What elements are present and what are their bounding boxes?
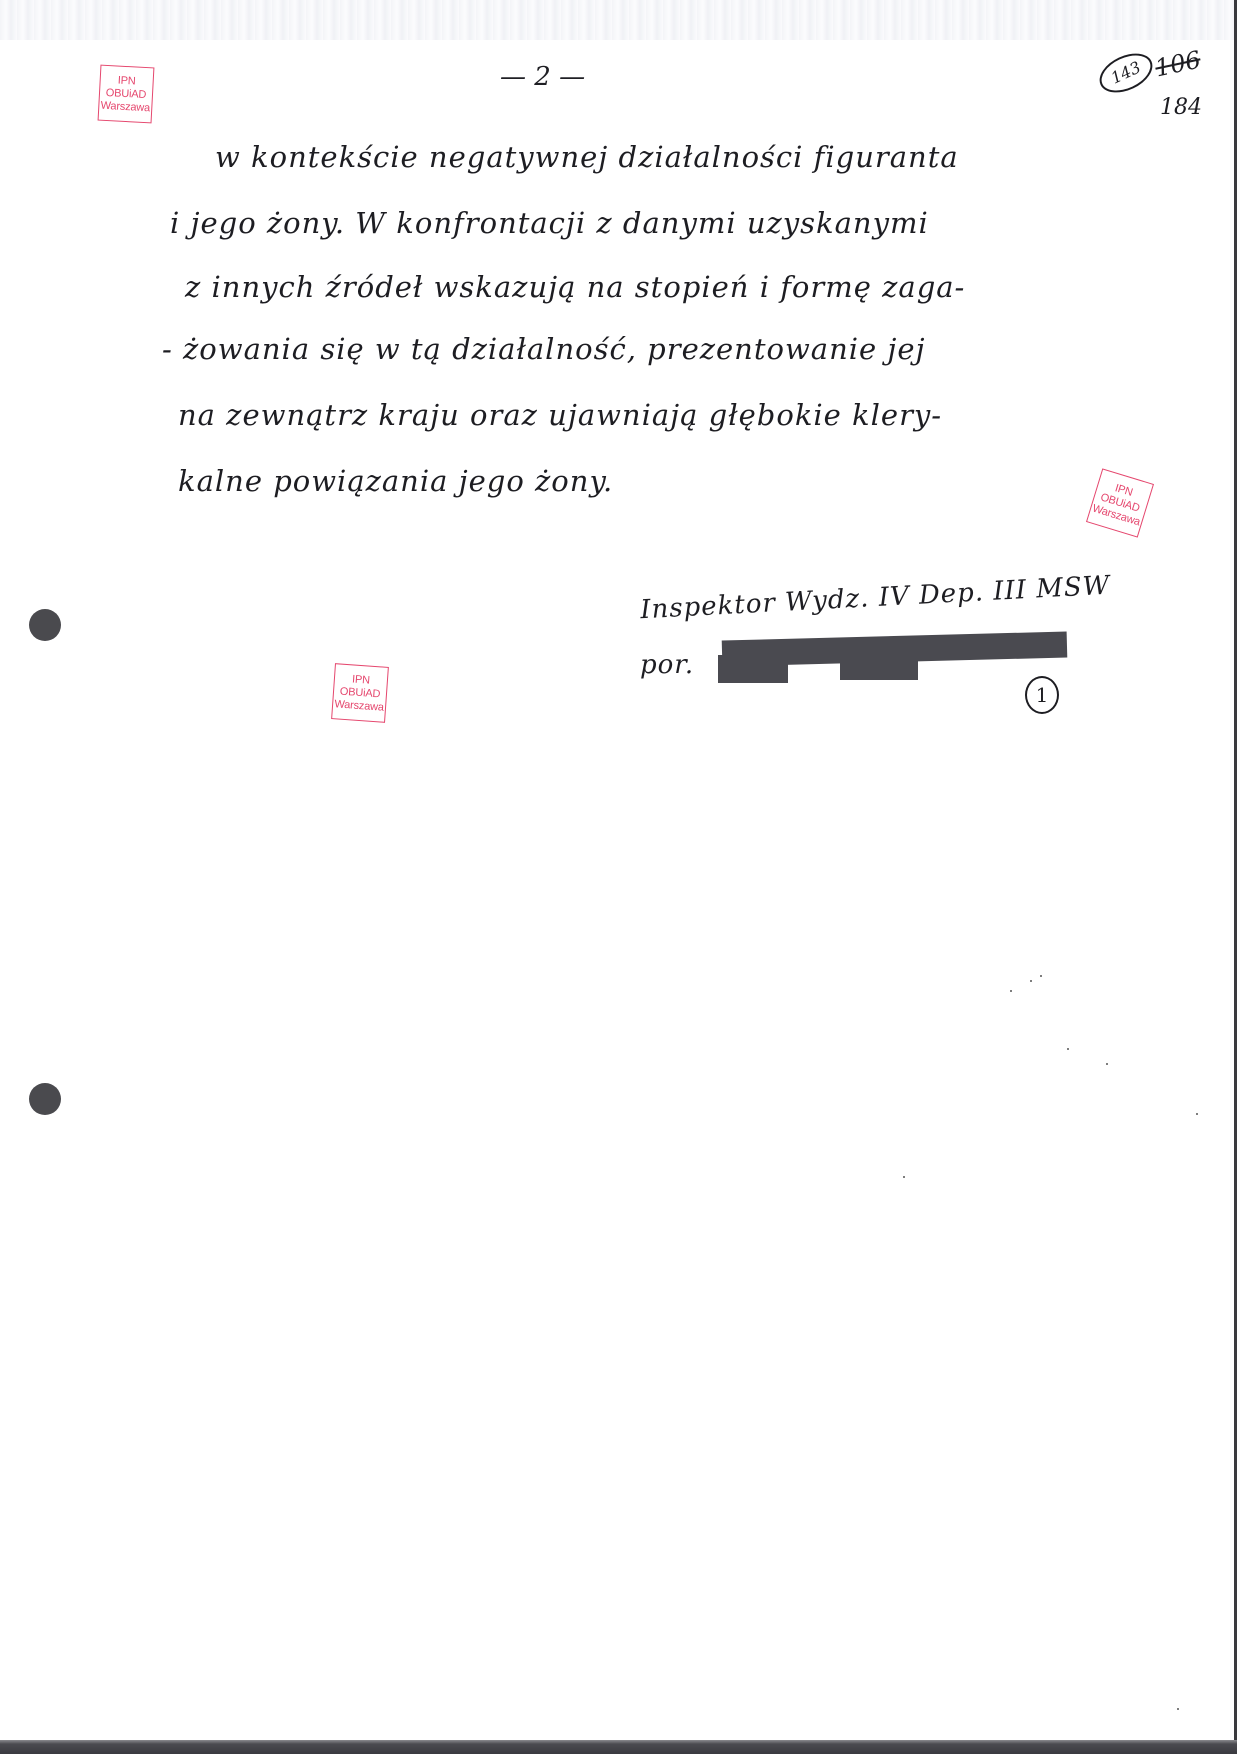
body-line: i jego żony. W konfrontacji z danymi uzy…: [170, 206, 929, 240]
scan-speck: [1030, 980, 1032, 982]
page-number: — 2 —: [500, 62, 585, 92]
signature-title: Inspektor Wydz. IV Dep. III MSW: [640, 571, 1112, 626]
scan-speck: [1106, 1063, 1108, 1065]
body-line: na zewnątrz kraju oraz ujawniają głęboki…: [178, 398, 942, 432]
scan-speck: [1040, 975, 1042, 977]
redaction-bar: [718, 655, 788, 683]
folio-current-number: 184: [1160, 95, 1202, 120]
body-line: z innych źródeł wskazują na stopień i fo…: [185, 270, 965, 304]
body-line: kalne powiązania jego żony.: [178, 464, 613, 498]
stamp-line: Warszawa: [333, 698, 386, 715]
punch-hole: [29, 609, 61, 641]
scan-speck: [1177, 1708, 1179, 1710]
body-line: w kontekście negatywnej działalności fig…: [215, 140, 959, 174]
scan-artifact-top: [0, 0, 1237, 40]
folio-circled-number: 143: [1093, 46, 1158, 100]
redaction-bar: [840, 652, 918, 680]
signature-rank: por.: [640, 650, 694, 680]
stamp-line: Warszawa: [99, 99, 152, 115]
scan-speck: [1010, 990, 1012, 992]
archive-stamp: IPN OBUiAD Warszawa: [1086, 468, 1154, 537]
body-line: - żowania się w tą działalność, prezento…: [162, 332, 926, 366]
circled-mark: 1: [1025, 676, 1059, 714]
scan-speck: [903, 1176, 905, 1178]
folio-struck-number: 106: [1153, 46, 1204, 83]
punch-hole: [29, 1083, 61, 1115]
scanned-document-page: IPN OBUiAD Warszawa IPN OBUiAD Warszawa …: [0, 0, 1237, 1754]
archive-stamp: IPN OBUiAD Warszawa: [331, 663, 389, 723]
page-edge-bottom: [0, 1740, 1237, 1754]
scan-speck: [1067, 1048, 1069, 1050]
archive-stamp: IPN OBUiAD Warszawa: [98, 65, 155, 124]
scan-speck: [1196, 1113, 1198, 1115]
